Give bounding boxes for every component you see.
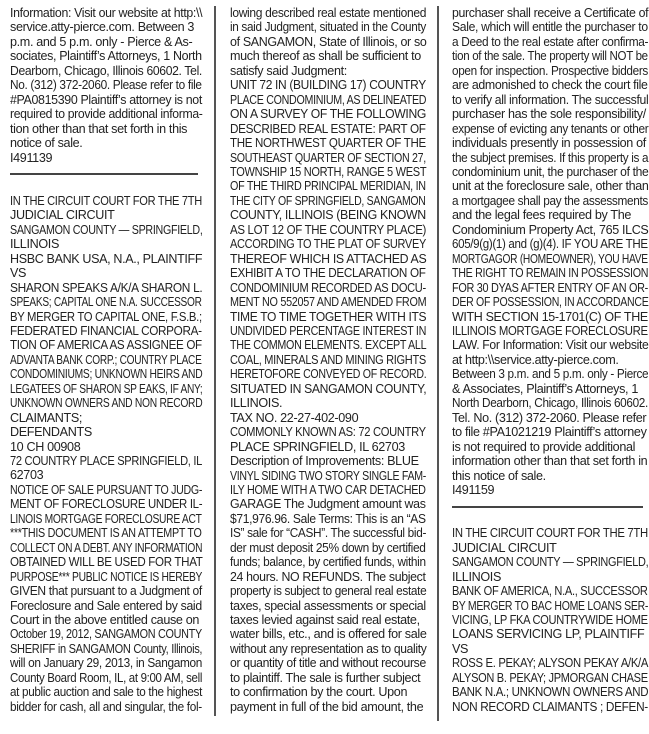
- text-line: SHARON SPEAKS A/K/A SHARON L.: [10, 281, 192, 295]
- text-line: LOANS SERVICING LP, PLAINTIFF: [452, 627, 648, 641]
- text-line: DESCRIBED REAL ESTATE: PART OF: [230, 122, 413, 136]
- text-line: ON A SURVEY OF THE FOLLOWING: [230, 107, 419, 121]
- text-line: DEFENDANTS: [10, 425, 202, 439]
- text-line: CONDOMINIUM RECORDED AS DOCU-: [230, 281, 402, 295]
- text-line: BANK N.A.; UNKNOWN OWNERS AND: [452, 685, 631, 699]
- text-line: HERETOFORE CONVEYED OF RECORD.: [230, 367, 395, 381]
- text-line: to plaintiff. The sale is further subjec…: [230, 671, 426, 685]
- text-line: SANGAMON COUNTY — SPRINGFIELD,: [10, 223, 173, 237]
- notice-pa0815390-tail: Information: Visit our website at http:\…: [10, 6, 202, 165]
- text-line: der must deposit 25% down by certified: [230, 541, 416, 555]
- text-line: ILLINOIS.: [230, 396, 426, 410]
- text-line: I491159: [452, 483, 648, 497]
- text-line: this notice of sale.: [452, 469, 648, 483]
- text-line: LINOIS MORTGAGE FORECLOSURE ACT: [10, 512, 167, 526]
- text-line: OBTAINED WILL BE USED FOR THAT: [10, 555, 186, 569]
- text-line: FOR 30 DYAS AFTER ENTRY OF AN OR-: [452, 281, 621, 295]
- text-line: No. (312) 372-2060. Please refer to file: [10, 78, 191, 92]
- text-line: UNDIVIDED PERCENTAGE INTEREST IN: [230, 324, 398, 338]
- notice-boa-v-pekay: IN THE CIRCUIT COURT FOR THE 7THJUDICIAL…: [452, 526, 648, 714]
- text-line: SPEAKS; CAPITAL ONE N.A. SUCCESSOR: [10, 295, 164, 309]
- text-line: to file #PA1021219 Plaintiff’s attorney: [452, 425, 648, 439]
- text-line: October 19, 2012, SANGAMON COUNTY: [10, 627, 175, 641]
- text-line: is not required to provide additional: [452, 440, 648, 454]
- text-line: THE COMMON ELEMENTS. EXCEPT ALL: [230, 338, 397, 352]
- text-line: 24 hours. NO REFUNDS. The subject: [230, 570, 422, 584]
- text-line: Court in the above entitled cause on: [10, 613, 202, 627]
- text-line: much thereof as shall be sufficient to: [230, 49, 426, 63]
- text-line: VS: [10, 266, 202, 280]
- text-line: funds; balance, by certified funds, with…: [230, 555, 414, 569]
- column-divider-1: [214, 6, 216, 716]
- text-line: sociates, Plaintiff’s Attorneys, 1 North: [10, 49, 200, 63]
- text-line: payment in full of the bid amount, the: [230, 700, 426, 714]
- text-line: SHERIFF in SANGAMON County, Illinois,: [10, 642, 178, 656]
- text-line: EXHIBIT A TO THE DECLARATION OF: [230, 266, 412, 280]
- text-line: individuals presently in possession of: [452, 136, 648, 150]
- text-line: service.atty-pierce.com. Between 3: [10, 20, 202, 34]
- text-line: TAX NO. 22-27-402-090: [230, 411, 426, 425]
- text-line: WITH SECTION 15-1701(C) OF THE: [452, 310, 646, 324]
- text-line: Tel. No. (312) 372-2060. Please refer: [452, 411, 648, 425]
- text-line: Condominium Property Act, 765 ILCS: [452, 223, 647, 237]
- text-line: GIVEN that pursuant to a Judgment of: [10, 584, 193, 598]
- text-line: 62703: [10, 468, 202, 482]
- text-line: VS: [452, 642, 648, 656]
- text-line: SITUATED IN SANGAMON COUNTY,: [230, 382, 419, 396]
- text-line: BY MERGER TO CAPITAL ONE, F.S.B.;: [10, 310, 182, 324]
- text-line: without any representation as to quality: [230, 642, 418, 656]
- text-line: ILLINOIS: [10, 237, 202, 251]
- text-line: PLACE SPRINGFIELD, IL 62703: [230, 440, 426, 454]
- text-line: ***THIS DOCUMENT IS AN ATTEMPT TO: [10, 526, 174, 540]
- text-line: NOTICE OF SALE PURSUANT TO JUDG-: [10, 483, 172, 497]
- notice-hsbc-v-speaks-end: purchaser shall receive a Certificate of…: [452, 6, 648, 497]
- text-line: are admonished to check the court file: [452, 78, 644, 92]
- text-line: THE RIGHT TO REMAIN IN POSSESSION: [452, 266, 618, 280]
- text-line: Sale, which will entitle the purchaser t…: [452, 20, 641, 34]
- text-line: PLACE CONDOMINIUM, AS DELINEATED: [230, 93, 396, 107]
- text-line: at http:\\service.atty-pierce.com.: [452, 353, 648, 367]
- text-line: THE CITY OF SPRINGFIELD, SANGAMON: [230, 194, 393, 208]
- text-line: p.m. and 5 p.m. only - Pierce & As-: [10, 35, 202, 49]
- text-line: UNKNOWN OWNERS AND NON RECORD: [10, 396, 167, 410]
- text-line: LAW. For Information: Visit our website: [452, 338, 641, 352]
- text-line: IN THE CIRCUIT COURT FOR THE 7TH: [10, 194, 179, 208]
- text-line: PURPOSE*** PUBLIC NOTICE IS HEREBY: [10, 570, 167, 584]
- text-line: I491139: [10, 151, 202, 165]
- text-line: in said Judgment, situated in the County: [230, 20, 413, 34]
- text-line: ILLINOIS: [452, 570, 648, 584]
- text-line: ALYSON B. PEKAY; JPMORGAN CHASE: [452, 671, 624, 685]
- text-line: Between 3 p.m. and 5 p.m. only - Pierce: [452, 367, 635, 381]
- text-line: satisfy said Judgment:: [230, 64, 426, 78]
- text-line: water bills, etc., and is offered for sa…: [230, 627, 426, 641]
- text-line: purchaser shall receive a Certificate of: [452, 6, 644, 20]
- text-line: open for inspection. Prospective bidders: [452, 64, 635, 78]
- text-line: ROSS E. PEKAY; ALYSON PEKAY A/K/A: [452, 656, 627, 670]
- text-line: THEREOF WHICH IS ATTACHED AS: [230, 252, 422, 266]
- text-line: THE NORTHWEST QUARTER OF THE: [230, 136, 410, 150]
- text-line: UNIT 72 IN (BUILDING 17) COUNTRY: [230, 78, 416, 92]
- text-line: a Deed to the real estate after confirma…: [452, 35, 637, 49]
- text-line: SOUTHEAST QUARTER OF SECTION 27,: [230, 151, 396, 165]
- text-line: taxes, special assessments or special: [230, 599, 424, 613]
- text-line: TION OF AMERICA AS ASSIGNEE OF: [10, 338, 187, 352]
- text-line: COLLECT ON A DEBT. ANY INFORMATION: [10, 541, 166, 555]
- column-divider-2: [437, 6, 439, 721]
- text-line: TIME TO TIME TOGETHER WITH ITS: [230, 310, 417, 324]
- text-line: ACCORDING TO THE PLAT OF SURVEY: [230, 237, 401, 251]
- text-line: Information: Visit our website at http:\…: [10, 6, 198, 20]
- notice-hsbc-v-speaks-continued: lowing described real estate mentionedin…: [230, 6, 426, 714]
- text-line: North Dearborn, Chicago, Illinois 60602.: [452, 396, 635, 410]
- text-line: LEGATEES OF SHARON SP EAKS, IF ANY;: [10, 382, 165, 396]
- text-line: FEDERATED FINANCIAL CORPORA-: [10, 324, 189, 338]
- text-line: DER OF POSSESSION, IN ACCORDANCE: [452, 295, 616, 309]
- text-line: COMMONLY KNOWN AS: 72 COUNTRY: [230, 425, 404, 439]
- text-line: condominium unit, the purchaser of the: [452, 165, 640, 179]
- text-line: of SANGAMON, State of Illinois, or so: [230, 35, 424, 49]
- text-line: IS” sale for “CASH”. The successful bid-: [230, 526, 414, 540]
- text-line: & Associates, Plaintiff’s Attorneys, 1: [452, 382, 648, 396]
- text-line: ILY HOME WITH A TWO CAR DETACHED: [230, 483, 398, 497]
- text-line: VINYL SIDING TWO STORY SINGLE FAM-: [230, 469, 395, 483]
- text-line: ILLINOIS MORTGAGE FORECLOSURE: [452, 324, 628, 338]
- text-line: BANK OF AMERICA, N.A., SUCCESSOR: [452, 584, 624, 598]
- text-line: tion of the sale. The property will NOT …: [452, 49, 632, 63]
- text-line: purchaser has the sole responsibility/: [452, 107, 648, 121]
- text-line: IN THE CIRCUIT COURT FOR THE 7TH: [452, 526, 628, 540]
- text-line: MORTGAGOR (HOMEOWNER), YOU HAVE: [452, 252, 611, 266]
- text-line: property is subject to general real esta…: [230, 584, 414, 598]
- text-line: a mortgagee shall pay the assessments: [452, 194, 636, 208]
- text-line: JUDICIAL CIRCUIT: [452, 541, 648, 555]
- text-line: 72 COUNTRY PLACE SPRINGFIELD, IL: [10, 454, 179, 468]
- text-line: COAL, MINERALS AND MINING RIGHTS: [230, 353, 402, 367]
- text-line: $71,976.96. Sale Terms: This is an “AS: [230, 512, 417, 526]
- text-line: CONDOMINIUMS; UNKNOWN HEIRS AND: [10, 367, 167, 381]
- text-line: ADVANTA BANK CORP.; COUNTRY PLACE: [10, 353, 164, 367]
- text-line: VICING, LP FKA COUNTRYWIDE HOME: [452, 613, 625, 627]
- text-line: JUDICIAL CIRCUIT: [10, 208, 202, 222]
- text-line: Foreclosure and Sale entered by said: [10, 599, 197, 613]
- text-line: BY MERGER TO BAC HOME LOANS SER-: [452, 599, 615, 613]
- text-line: Dearborn, Chicago, Illinois 60602. Tel.: [10, 64, 195, 78]
- text-line: AS LOT 12 OF THE COUNTRY PLACE): [230, 223, 409, 237]
- text-line: #PA0815390 Plaintiff’s attorney is not: [10, 93, 199, 107]
- text-line: MENT OF FORECLOSURE UNDER IL-: [10, 497, 184, 511]
- text-line: or quantity of title and without recours…: [230, 656, 420, 670]
- text-line: will on January 29, 2013, in Sangamon: [10, 656, 191, 670]
- text-line: MENT NO 552057 AND AMENDED FROM: [230, 295, 399, 309]
- text-line: notice of sale.: [10, 136, 202, 150]
- column-2: lowing described real estate mentionedin…: [230, 6, 426, 714]
- text-line: bidder for cash, all and singular, the f…: [10, 700, 190, 714]
- text-line: to verify all information. The successfu…: [452, 93, 642, 107]
- text-line: COUNTY, ILLINOIS (BEING KNOWN: [230, 208, 423, 222]
- notice-hsbc-v-speaks: IN THE CIRCUIT COURT FOR THE 7THJUDICIAL…: [10, 194, 202, 714]
- text-line: NON RECORD CLAIMANTS ; DEFEN-: [452, 700, 636, 714]
- text-line: Description of Improvements: BLUE: [230, 454, 426, 468]
- text-line: unit at the foreclosure sale, other than: [452, 179, 647, 193]
- text-line: SANGAMON COUNTY — SPRINGFIELD,: [452, 555, 622, 569]
- text-line: lowing described real estate mentioned: [230, 6, 417, 20]
- text-line: 10 CH 00908: [10, 440, 202, 454]
- text-line: information other than that set forth in: [452, 454, 648, 468]
- text-line: at public auction and sale to the highes…: [10, 685, 188, 699]
- text-line: expense of evicting any tenants or other: [452, 122, 636, 136]
- text-line: HSBC BANK USA, N.A., PLAINTIFF: [10, 252, 201, 266]
- text-line: CLAIMANTS;: [10, 411, 202, 425]
- text-line: the subject premises. If this property i…: [452, 151, 635, 165]
- text-line: taxes levied against said real estate,: [230, 613, 426, 627]
- text-line: TOWNSHIP 15 NORTH, RANGE 5 WEST: [230, 165, 402, 179]
- text-line: to confirmation by the court. Upon: [230, 685, 426, 699]
- text-line: 605/9(g)(1) and (g)(4). IF YOU ARE THE: [452, 237, 632, 251]
- text-line: tion other than that set forth in this: [10, 122, 202, 136]
- text-line: OF THE THIRD PRINCIPAL MERIDIAN, IN: [230, 179, 398, 193]
- column-1: Information: Visit our website at http:\…: [10, 6, 202, 714]
- column-3: purchaser shall receive a Certificate of…: [452, 6, 648, 714]
- text-line: GARAGE The Judgment amount was: [230, 497, 423, 511]
- text-line: County Board Room, IL, at 9:00 AM, sell: [10, 671, 185, 685]
- text-line: and the legal fees required by The: [452, 208, 648, 222]
- text-line: required to provide additional informa-: [10, 107, 196, 121]
